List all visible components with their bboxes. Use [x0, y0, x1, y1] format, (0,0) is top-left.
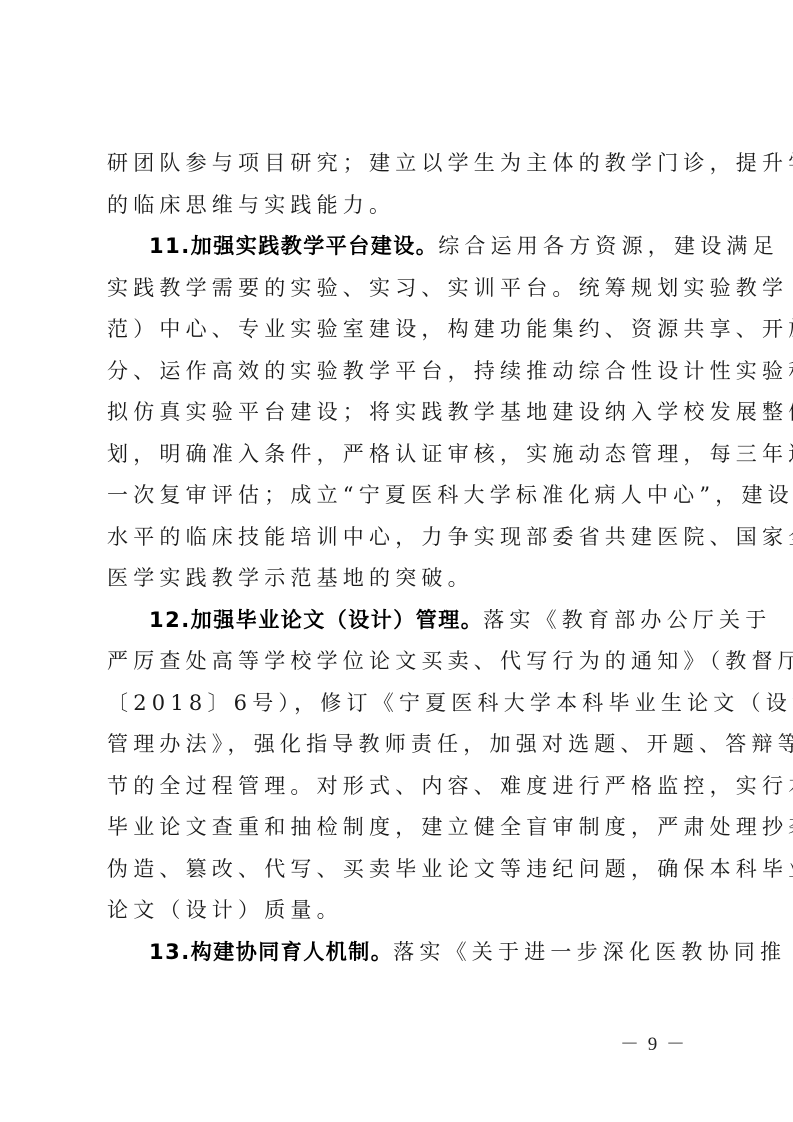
section-12-line: 12.加强毕业论文（设计）管理。落实《教育部办公厅关于 — [107, 600, 691, 642]
text-span: 落实《关于进一步深化医教协同推 — [393, 940, 786, 964]
text-span: 综合运用各方资源，建设满足 — [438, 234, 779, 258]
text-line: 管理办法》，强化指导教师责任，加强对选题、开题、答辩等环 — [107, 724, 691, 766]
text-line: 严厉查处高等学校学位论文买卖、代写行为的通知》（教督厅函 — [107, 641, 691, 683]
section-heading-11: 11.加强实践教学平台建设。 — [149, 234, 438, 258]
text-line: 拟仿真实验平台建设；将实践教学基地建设纳入学校发展整体规 — [107, 392, 691, 434]
text-line: 伪造、篡改、代写、买卖毕业论文等违纪问题，确保本科毕业生 — [107, 849, 691, 891]
text-line: 实践教学需要的实验、实习、实训平台。统筹规划实验教学（示 — [107, 268, 691, 310]
text-line: 的临床思维与实践能力。 — [107, 185, 691, 227]
text-line: 一次复审评估；成立“宁夏医科大学标准化病人中心”，建设高 — [107, 475, 691, 517]
section-heading-13: 13.构建协同育人机制。 — [149, 940, 393, 964]
text-line: 论文（设计）质量。 — [107, 890, 691, 932]
text-line: 划，明确准入条件，严格认证审核，实施动态管理，每三年进行 — [107, 434, 691, 476]
text-line: 分、运作高效的实验教学平台，持续推动综合性设计性实验和虚 — [107, 351, 691, 393]
section-11-line: 11.加强实践教学平台建设。综合运用各方资源，建设满足 — [107, 226, 691, 268]
page-number: － 9 － — [620, 1029, 687, 1056]
text-line: 〔2018〕6号），修订《宁夏医科大学本科毕业生论文（设计） — [107, 683, 691, 725]
text-line: 水平的临床技能培训中心，力争实现部委省共建医院、国家全科 — [107, 517, 691, 559]
document-body: 研团队参与项目研究；建立以学生为主体的教学门诊，提升学生 的临床思维与实践能力。… — [107, 143, 691, 973]
text-line: 研团队参与项目研究；建立以学生为主体的教学门诊，提升学生 — [107, 143, 691, 185]
text-span: 落实《教育部办公厅关于 — [483, 608, 771, 632]
text-line: 毕业论文查重和抽检制度，建立健全盲审制度，严肃处理抄袭、 — [107, 807, 691, 849]
text-line: 节的全过程管理。对形式、内容、难度进行严格监控，实行本科 — [107, 766, 691, 808]
text-line: 范）中心、专业实验室建设，构建功能集约、资源共享、开放充 — [107, 309, 691, 351]
section-heading-12: 12.加强毕业论文（设计）管理。 — [149, 608, 483, 632]
section-13-line: 13.构建协同育人机制。落实《关于进一步深化医教协同推 — [107, 932, 691, 974]
text-line: 医学实践教学示范基地的突破。 — [107, 558, 691, 600]
